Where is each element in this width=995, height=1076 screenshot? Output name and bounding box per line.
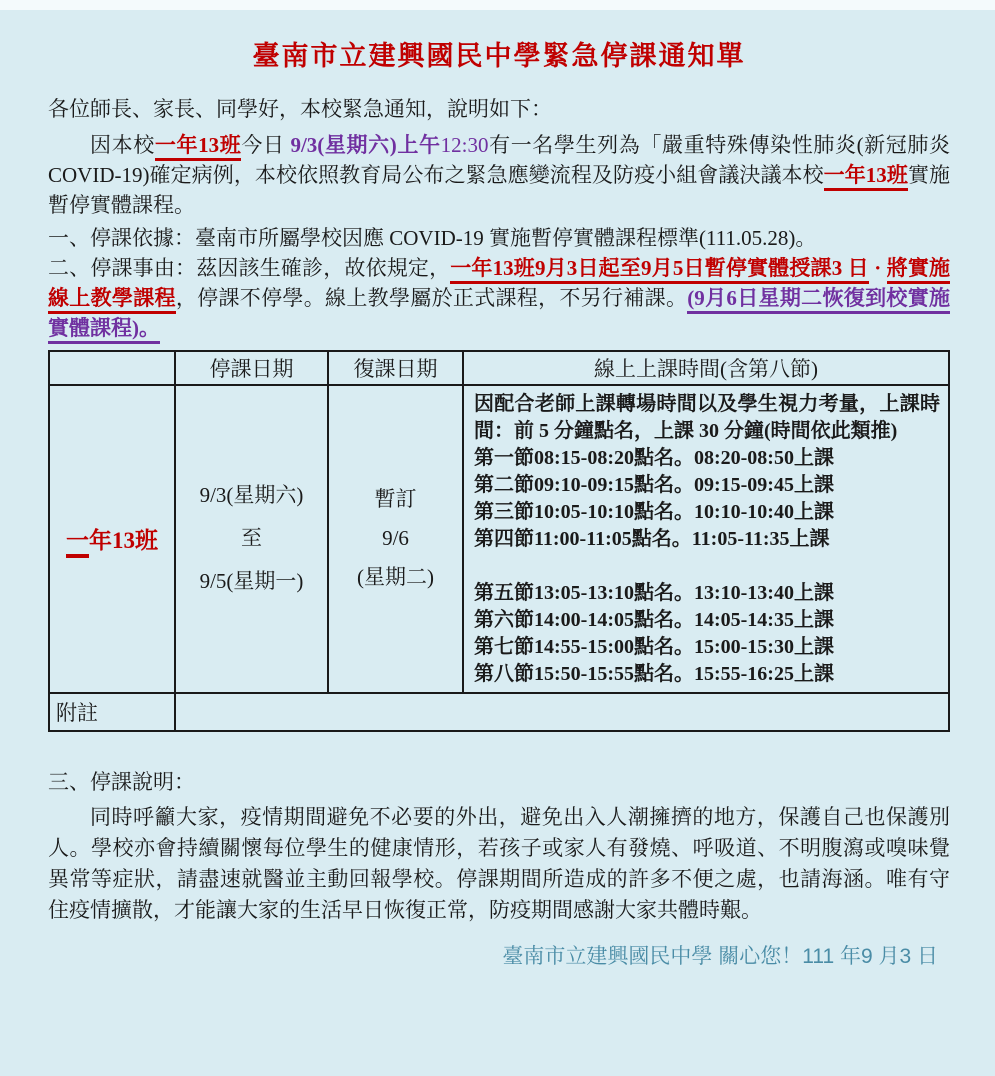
text-line: 第三節10:05-10:10點名。10:10-10:40上課 <box>474 499 940 526</box>
online-schedule-cell: 因配合老師上課轉場時間以及學生視力考量，上課時間：前 5 分鐘點名，上課 30 … <box>463 385 949 693</box>
text-segment: 12:30 <box>441 133 489 157</box>
note-label-cell: 附註 <box>49 693 175 731</box>
text-line: 9/6 <box>329 519 462 558</box>
item-1-suspension-basis: 一、停課依據：臺南市所屬學校因應 COVID-19 實施暫停實體課程標準(111… <box>48 224 950 254</box>
text-line: 第八節15:50-15:55點名。15:55-16:25上課 <box>474 661 940 688</box>
text-segment: · <box>869 256 887 280</box>
schedule-note: 因配合老師上課轉場時間以及學生視力考量，上課時間：前 5 分鐘點名，上課 30 … <box>474 391 940 445</box>
text-segment: ，停課不停學。線上教學屬於正式課程，不另行補課。 <box>176 286 687 310</box>
text-line: 至 <box>176 517 327 560</box>
text-line <box>474 553 940 580</box>
text-line: 9/3(星期六) <box>176 474 327 517</box>
class-name-cell: 一年13班 <box>49 385 175 693</box>
text-segment: 一年13班 <box>824 163 908 191</box>
text-line: 第七節14:55-15:00點名。15:00-15:30上課 <box>474 634 940 661</box>
text-line: 第六節14:00-14:05點名。14:05-14:35上課 <box>474 607 940 634</box>
resume-date-cell: 暫訂9/6(星期二) <box>328 385 463 693</box>
text-line: 9/5(星期一) <box>176 560 327 603</box>
text-line: 暫訂 <box>329 480 462 519</box>
text-line: 第五節13:05-13:10點名。13:10-13:40上課 <box>474 580 940 607</box>
text-line: 第四節11:00-11:05點名。11:05-11:35上課 <box>474 526 940 553</box>
header-class <box>49 351 175 385</box>
top-margin-strip <box>0 0 995 10</box>
table-header-row: 停課日期 復課日期 線上上課時間(含第八節) <box>49 351 949 385</box>
table-note-row: 附註 <box>49 693 949 731</box>
item-3-title: 三、停課說明： <box>48 766 950 796</box>
text-segment: 一年13班 <box>155 133 241 161</box>
page-title: 臺南市立建興國民中學緊急停課通知單 <box>48 34 950 73</box>
header-resume-date: 復課日期 <box>328 351 463 385</box>
text-segment: 一 <box>66 528 89 558</box>
suspension-schedule-table: 停課日期 復課日期 線上上課時間(含第八節) 一年13班 9/3(星期六)至9/… <box>48 350 950 732</box>
intro-paragraph: 因本校一年13班今日 9/3(星期六)上午12:30有一名學生列為「嚴重特殊傳染… <box>48 131 950 220</box>
schedule-period-list: 第一節08:15-08:20點名。08:20-08:50上課第二節09:10-0… <box>474 445 940 688</box>
greeting-line: 各位師長、家長、同學好，本校緊急通知，說明如下： <box>48 93 950 123</box>
text-line: 第一節08:15-08:20點名。08:20-08:50上課 <box>474 445 940 472</box>
text-line: 第二節09:10-09:15點名。09:15-09:45上課 <box>474 472 940 499</box>
note-content-cell <box>175 693 949 731</box>
item-3-body: 同時呼籲大家，疫情期間避免不必要的外出，避免出入人潮擁擠的地方，保護自己也保護別… <box>48 802 950 926</box>
text-line: (星期二) <box>329 558 462 597</box>
signature-line: 臺南市立建興國民中學 關心您！111 年9 月3 日 <box>48 940 950 970</box>
suspend-dates-cell: 9/3(星期六)至9/5(星期一) <box>175 385 328 693</box>
text-segment: 一年13班9月3日起至9月5日暫停實體授課3 日 <box>450 256 869 284</box>
notice-document: { "colors": { "background": "#d9ecf2", "… <box>0 0 995 1076</box>
text-segment: 今日 <box>241 133 290 157</box>
item-2-suspension-reason: 二、停課事由：茲因該生確診，故依規定，一年13班9月3日起至9月5日暫停實體授課… <box>48 254 950 343</box>
text-segment: 9/3(星期六)上午 <box>290 133 440 157</box>
text-segment: 因本校 <box>90 133 155 157</box>
table-row: 一年13班 9/3(星期六)至9/5(星期一) 暫訂9/6(星期二) 因配合老師… <box>49 385 949 693</box>
text-segment: 二、停課事由：茲因該生確診，故依規定， <box>48 256 450 280</box>
text-segment: 年13班 <box>89 528 158 553</box>
notice-page: 臺南市立建興國民中學緊急停課通知單 各位師長、家長、同學好，本校緊急通知，說明如… <box>0 10 995 970</box>
header-online-time: 線上上課時間(含第八節) <box>463 351 949 385</box>
header-suspend-date: 停課日期 <box>175 351 328 385</box>
